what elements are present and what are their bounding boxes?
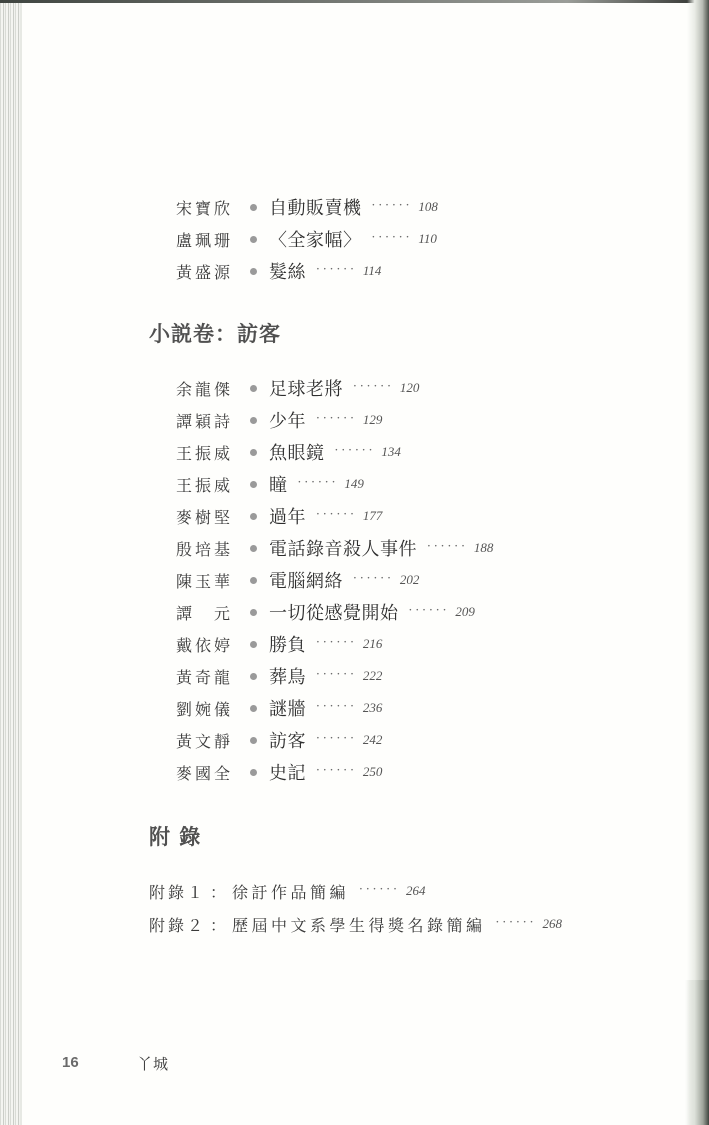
toc-entry: 王振威 魚眼鏡 ······ 134 <box>176 440 401 464</box>
toc-entry: 譚穎詩 少年 ······ 129 <box>176 408 382 432</box>
dot-leader: ······ <box>316 507 357 521</box>
dot-leader: ······ <box>316 262 357 276</box>
bullet-icon <box>250 236 257 243</box>
bullet-icon <box>250 705 257 712</box>
bullet-icon <box>250 481 257 488</box>
entry-page-number: 188 <box>474 540 494 556</box>
entry-author: 王振威 <box>176 473 236 496</box>
dot-leader: ······ <box>316 699 357 713</box>
entry-page-number: 120 <box>400 380 420 396</box>
dot-leader: ······ <box>316 667 357 681</box>
scan-top-edge <box>0 0 709 3</box>
bullet-icon <box>250 609 257 616</box>
bullet-icon <box>250 673 257 680</box>
dot-leader: ······ <box>496 915 537 929</box>
entry-title: 電話錄音殺人事件 <box>269 535 417 561</box>
appendix-entry: 附錄１ ： 徐訏作品簡編 ······ 264 <box>149 879 425 903</box>
entry-author: 黃奇龍 <box>176 665 236 688</box>
dot-leader: ······ <box>353 379 394 393</box>
toc-entry: 黃盛源 髮絲 ······ 114 <box>176 259 381 283</box>
entry-page-number: 250 <box>363 764 383 780</box>
section-heading-fiction: 小説卷：訪客 <box>149 318 281 348</box>
toc-entry: 宋寶欣 自動販賣機 ······ 108 <box>176 195 438 219</box>
toc-entry: 黃奇龍 葬鳥 ······ 222 <box>176 664 382 688</box>
entry-page-number: 209 <box>455 604 475 620</box>
entry-page-number: 129 <box>363 412 383 428</box>
entry-author: 黃盛源 <box>176 260 236 283</box>
appendix-title: 徐訏作品簡編 <box>232 880 349 903</box>
entry-title: 一切從感覺開始 <box>269 599 399 625</box>
bullet-icon <box>250 641 257 648</box>
entry-title: 自動販賣機 <box>269 194 362 220</box>
entry-page-number: 222 <box>363 668 383 684</box>
entry-author: 宋寶欣 <box>176 196 236 219</box>
dot-leader: ······ <box>316 731 357 745</box>
entry-author: 劉婉儀 <box>176 697 236 720</box>
dot-leader: ······ <box>353 571 394 585</box>
toc-entry: 陳玉華 電腦網絡 ······ 202 <box>176 568 419 592</box>
entry-author: 殷培基 <box>176 537 236 560</box>
dot-leader: ······ <box>316 763 357 777</box>
bullet-icon <box>250 417 257 424</box>
entry-page-number: 114 <box>363 263 382 279</box>
footer-book-title: 丫城 <box>137 1053 169 1074</box>
entry-author: 譚 元 <box>176 601 236 624</box>
appendix-colon: ： <box>210 913 226 936</box>
binding-shadow <box>687 0 709 1125</box>
toc-entry: 殷培基 電話錄音殺人事件 ······ 188 <box>176 536 493 560</box>
bullet-icon <box>250 204 257 211</box>
entry-page-number: 202 <box>400 572 420 588</box>
entry-title: 勝負 <box>269 631 306 657</box>
appendix-title: 歷屆中文系學生得獎名錄簡編 <box>232 913 486 936</box>
entry-title: 史記 <box>269 759 306 785</box>
footer-page-number: 16 <box>62 1054 79 1071</box>
entry-page-number: 108 <box>418 199 438 215</box>
toc-entry: 余龍傑 足球老將 ······ 120 <box>176 376 419 400</box>
entry-page-number: 134 <box>381 444 401 460</box>
book-page: 宋寶欣 自動販賣機 ······ 108 盧珮珊 〈全家幅〉 ······ 11… <box>0 0 709 1125</box>
entry-title: 謎牆 <box>269 695 306 721</box>
appendix-label: 附錄２ <box>149 913 206 936</box>
bullet-icon <box>250 737 257 744</box>
toc-entry: 譚 元 一切從感覺開始 ······ 209 <box>176 600 475 624</box>
appendix-entry: 附錄２ ： 歷屆中文系學生得獎名錄簡編 ······ 268 <box>149 912 562 936</box>
entry-title: 瞳 <box>269 471 288 497</box>
entry-title: 電腦網絡 <box>269 567 343 593</box>
entry-author: 王振威 <box>176 441 236 464</box>
bullet-icon <box>250 449 257 456</box>
dot-leader: ······ <box>427 539 468 553</box>
entry-author: 戴依婷 <box>176 633 236 656</box>
toc-entry: 劉婉儀 謎牆 ······ 236 <box>176 696 382 720</box>
entry-title: 足球老將 <box>269 375 343 401</box>
page-stack-edge <box>0 3 20 1125</box>
toc-entry: 黃文靜 訪客 ······ 242 <box>176 728 382 752</box>
entry-title: 訪客 <box>269 727 306 753</box>
entry-page-number: 268 <box>542 916 562 932</box>
entry-page-number: 264 <box>406 883 426 899</box>
entry-author: 麥樹堅 <box>176 505 236 528</box>
entry-page-number: 110 <box>418 231 437 247</box>
entry-author: 余龍傑 <box>176 377 236 400</box>
toc-entry: 戴依婷 勝負 ······ 216 <box>176 632 382 656</box>
entry-page-number: 242 <box>363 732 383 748</box>
toc-entry: 盧珮珊 〈全家幅〉 ······ 110 <box>176 227 437 251</box>
toc-entry: 麥樹堅 過年 ······ 177 <box>176 504 382 528</box>
dot-leader: ······ <box>359 882 400 896</box>
entry-author: 陳玉華 <box>176 569 236 592</box>
dot-leader: ······ <box>372 198 413 212</box>
bullet-icon <box>250 513 257 520</box>
dot-leader: ······ <box>372 230 413 244</box>
entry-title: 少年 <box>269 407 306 433</box>
dot-leader: ······ <box>316 411 357 425</box>
bullet-icon <box>250 385 257 392</box>
bullet-icon <box>250 268 257 275</box>
entry-author: 黃文靜 <box>176 729 236 752</box>
entry-title: 過年 <box>269 503 306 529</box>
bullet-icon <box>250 769 257 776</box>
entry-author: 譚穎詩 <box>176 409 236 432</box>
bullet-icon <box>250 545 257 552</box>
dot-leader: ······ <box>335 443 376 457</box>
entry-author: 麥國全 <box>176 761 236 784</box>
dot-leader: ······ <box>409 603 450 617</box>
bullet-icon <box>250 577 257 584</box>
entry-page-number: 236 <box>363 700 383 716</box>
entry-title: 魚眼鏡 <box>269 439 325 465</box>
toc-entry: 王振威 瞳 ······ 149 <box>176 472 364 496</box>
entry-page-number: 216 <box>363 636 383 652</box>
dot-leader: ······ <box>316 635 357 649</box>
appendix-label: 附錄１ <box>149 880 206 903</box>
entry-page-number: 149 <box>344 476 364 492</box>
binding-shadow-bottom <box>685 980 709 1125</box>
entry-author: 盧珮珊 <box>176 228 236 251</box>
entry-title: 〈全家幅〉 <box>269 226 362 252</box>
appendix-colon: ： <box>210 880 226 903</box>
entry-title: 髮絲 <box>269 258 306 284</box>
toc-entry: 麥國全 史記 ······ 250 <box>176 760 382 784</box>
section-heading-appendix: 附 錄 <box>149 821 201 851</box>
entry-page-number: 177 <box>363 508 383 524</box>
entry-title: 葬鳥 <box>269 663 306 689</box>
dot-leader: ······ <box>298 475 339 489</box>
